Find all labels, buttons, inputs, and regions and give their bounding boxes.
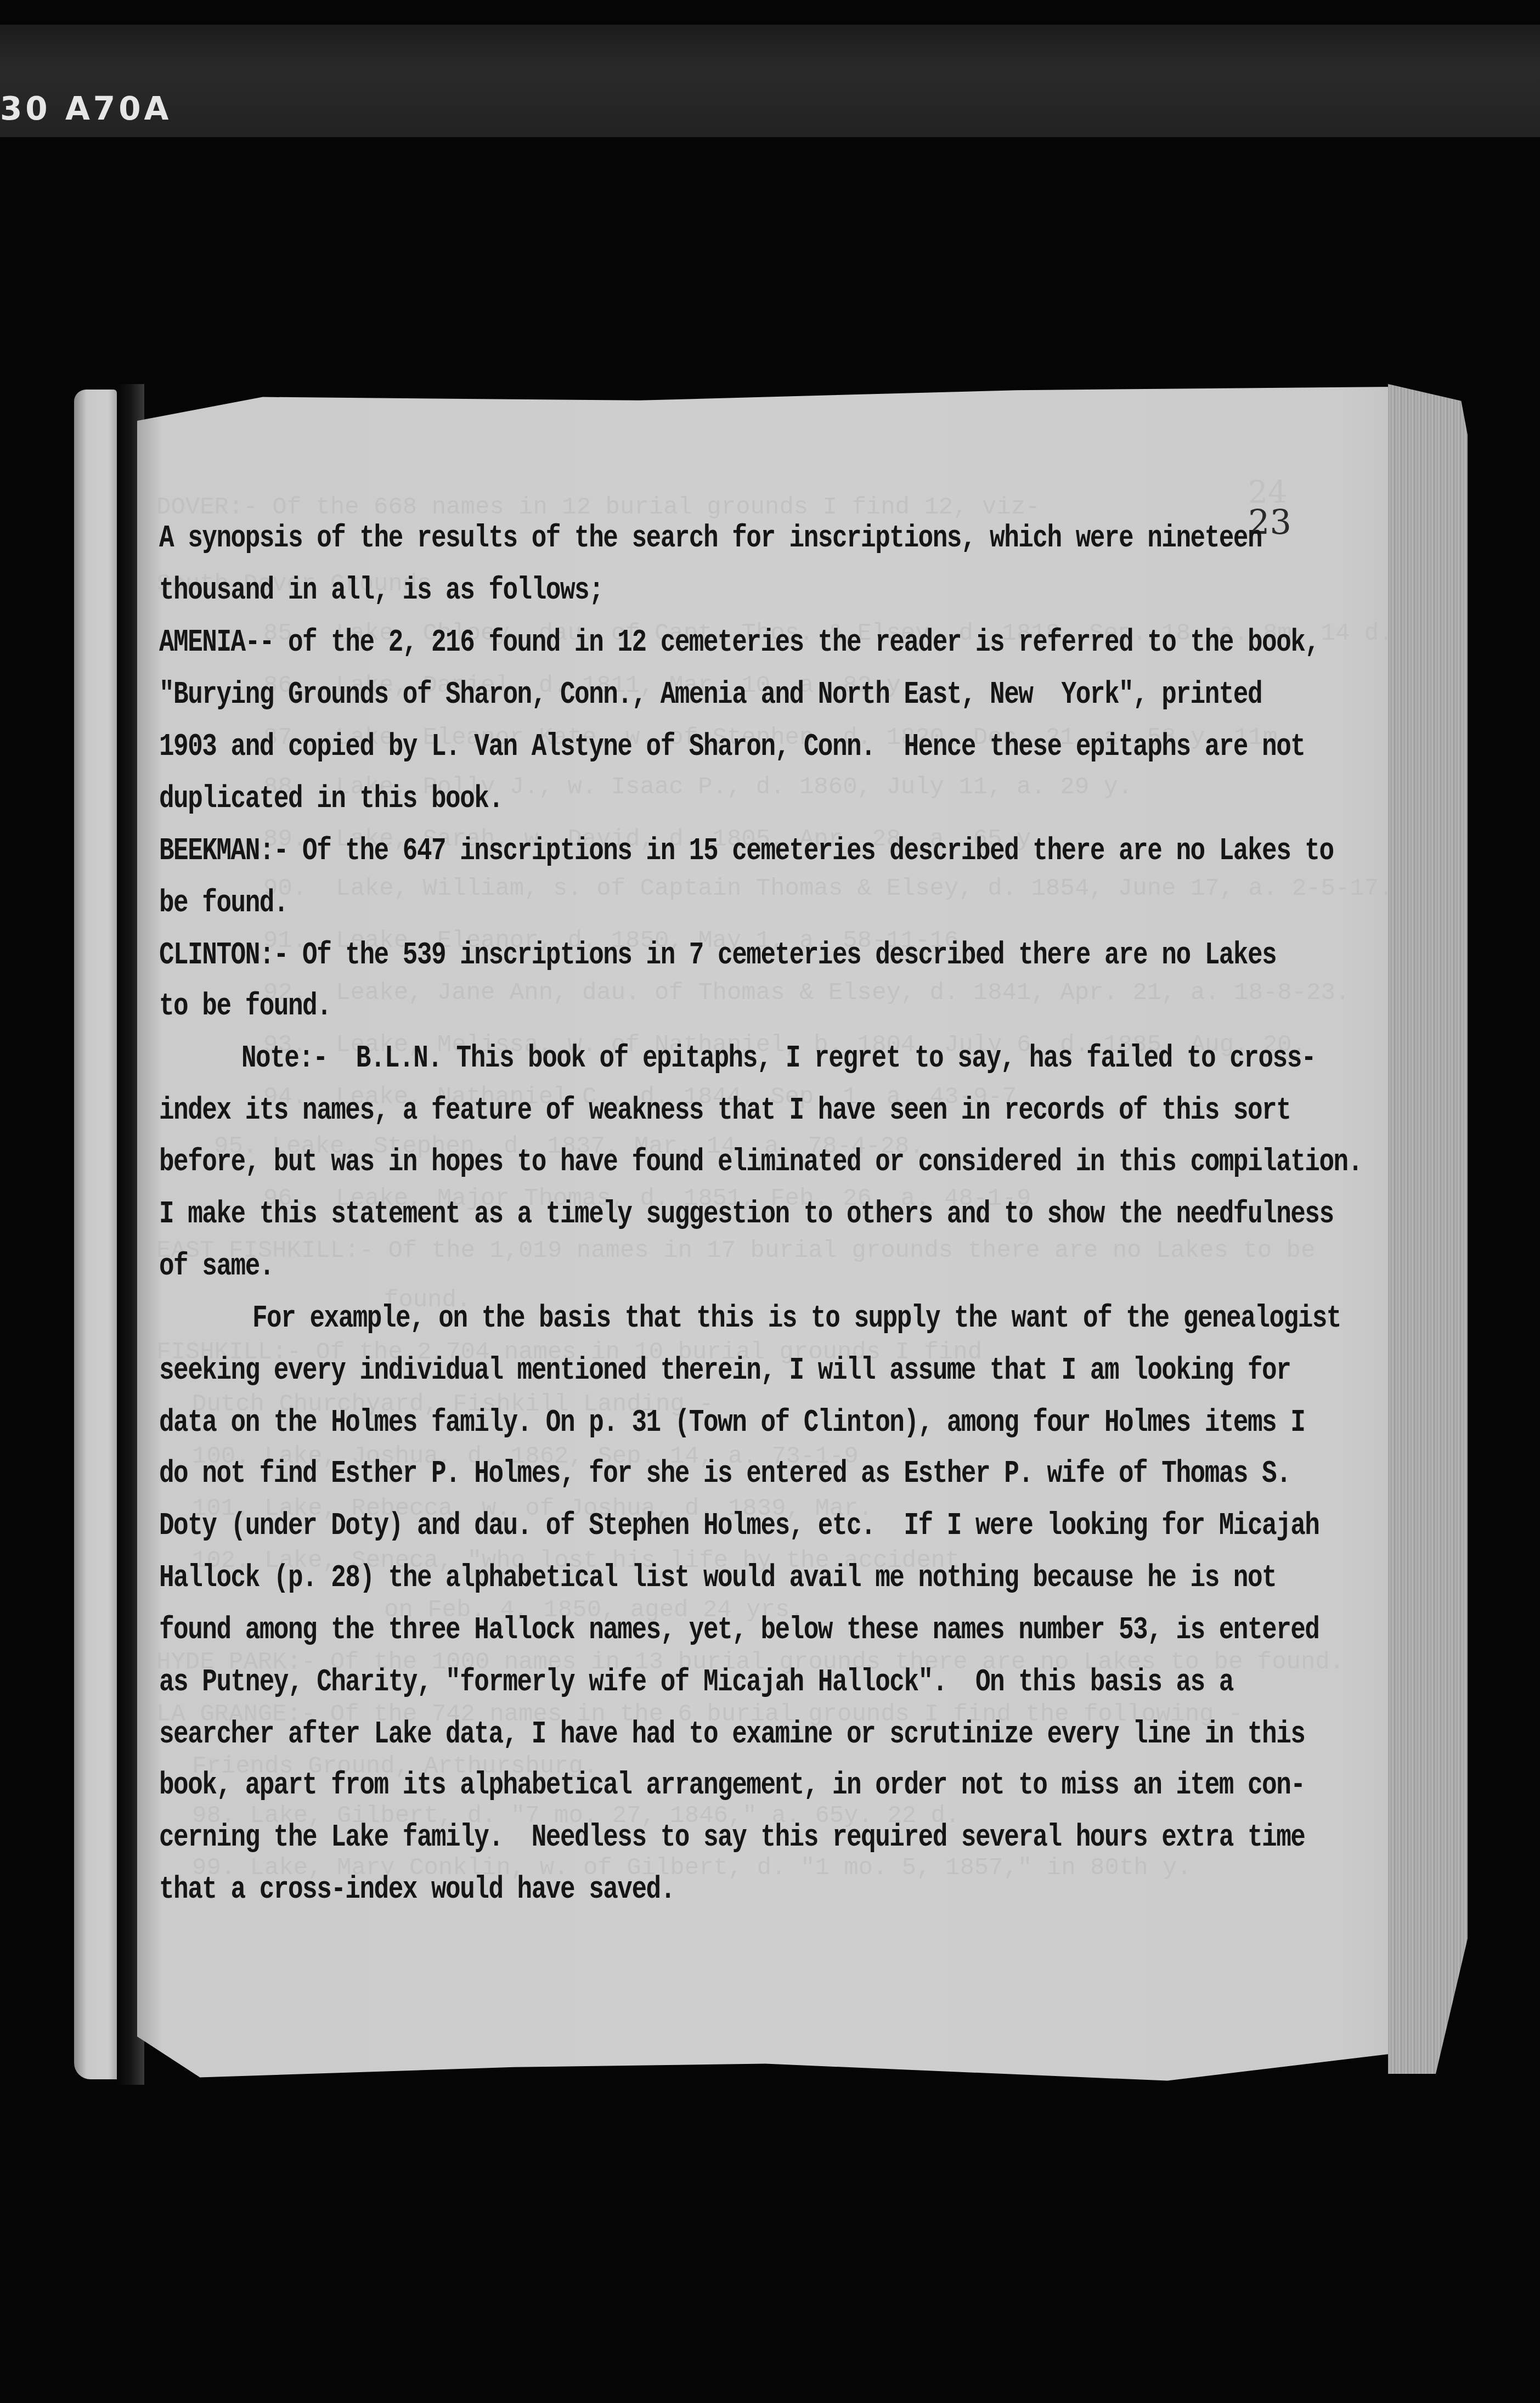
text-line: be found. (159, 885, 288, 921)
text-line: Note:- B.L.N. This book of epitaphs, I r… (241, 1041, 1316, 1076)
text-line: cerning the Lake family. Needless to say… (159, 1820, 1305, 1855)
text-line: to be found. (159, 989, 331, 1024)
text-line: thousand in all, is as follows; (159, 573, 603, 608)
text-line: "Burying Grounds of Sharon, Conn., Ameni… (159, 677, 1262, 713)
film-reel-label: 30 A70A (0, 89, 172, 128)
text-line: data on the Holmes family. On p. 31 (Tow… (159, 1405, 1305, 1441)
bleed-line: 90. Lake, William, s. of Captain Thomas … (263, 875, 1394, 902)
bleed-line: 92. Leake, Jane Ann, dau. of Thomas & El… (263, 979, 1350, 1007)
bleed-line: DOVER:- Of the 668 names in 12 burial gr… (156, 494, 1040, 521)
text-line: BEEKMAN:- Of the 647 inscriptions in 15 … (159, 833, 1334, 869)
microfilm-header-strip: 30 A70A (0, 25, 1540, 137)
text-line: seeking every individual mentioned there… (159, 1353, 1290, 1389)
text-line: searcher after Lake data, I have had to … (159, 1717, 1305, 1752)
text-line: of same. (159, 1249, 274, 1284)
page-stack-edges (1388, 384, 1468, 2074)
text-line: For example, on the basis that this is t… (252, 1301, 1341, 1336)
text-line: that a cross-index would have saved. (159, 1872, 675, 1908)
text-line: CLINTON:- Of the 539 inscriptions in 7 c… (159, 938, 1276, 973)
text-line: Doty (under Doty) and dau. of Stephen Ho… (159, 1508, 1319, 1544)
text-line: found among the three Hallock names, yet… (159, 1612, 1319, 1648)
text-line: index its names, a feature of weakness t… (159, 1093, 1290, 1129)
text-line: before, but was in hopes to have found e… (159, 1144, 1362, 1180)
text-line: do not find Esther P. Holmes, for she is… (159, 1456, 1290, 1492)
text-line: AMENIA-- of the 2, 216 found in 12 cemet… (159, 625, 1319, 661)
text-line: book, apart from its alphabetical arrang… (159, 1768, 1305, 1803)
facing-page-edge (74, 390, 117, 2079)
text-line: as Putney, Charity, "formerly wife of Mi… (159, 1665, 1233, 1700)
text-line: I make this statement as a timely sugges… (159, 1197, 1334, 1232)
bleed-line: EAST FISHKILL:- Of the 1,019 names in 17… (156, 1237, 1315, 1265)
text-line: A synopsis of the results of the search … (159, 521, 1262, 556)
text-line: Hallock (p. 28) the alphabetical list wo… (159, 1560, 1276, 1596)
text-line: duplicated in this book. (159, 781, 503, 817)
text-line: 1903 and copied by L. Van Alstyne of Sha… (159, 729, 1305, 765)
